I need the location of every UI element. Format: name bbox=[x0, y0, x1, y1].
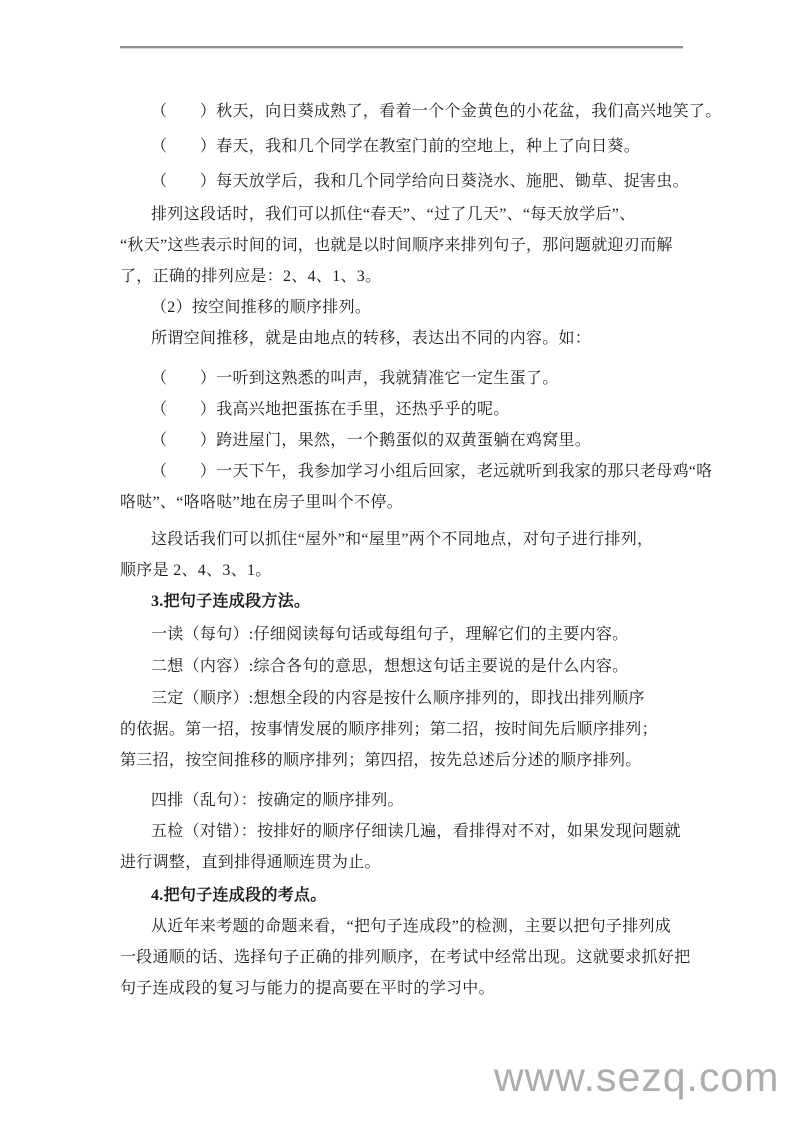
text-line: 3.把句子连成段方法。 bbox=[120, 586, 692, 617]
text-line: 五检（对错）：按排好的顺序仔细读几遍，看排得对不对，如果发现问题就 bbox=[120, 816, 692, 847]
document-page: （ ）秋天，向日葵成熟了，看着一个个金黄色的小花盆，我们高兴地笑了。（ ）春天，… bbox=[0, 0, 800, 1132]
text-line: 进行调整，直到排得通顺连贯为止。 bbox=[120, 847, 692, 878]
text-line: “秋天”这些表示时间的词，也就是以时间顺序来排列句子，那问题就迎刃而解 bbox=[120, 230, 692, 261]
text-line: （ ）每天放学后，我和几个同学给向日葵浇水、施肥、锄草、捉害虫。 bbox=[120, 164, 692, 199]
text-line: （2）按空间推移的顺序排列。 bbox=[120, 292, 692, 323]
text-line: 顺序是 2、4、3、1。 bbox=[120, 555, 692, 586]
text-line: 排列这段话时，我们可以抓住“春天”、“过了几天”、“每天放学后”、 bbox=[120, 199, 692, 230]
text-line: 所谓空间推移，就是由地点的转移，表达出不同的内容。如： bbox=[120, 323, 692, 354]
text-line: （ ）一听到这熟悉的叫声，我就猜准它一定生蛋了。 bbox=[120, 363, 692, 394]
text-line: 从近年来考题的命题来看，“把句子连成段”的检测，主要以把句子排列成 bbox=[120, 911, 692, 942]
text-line: 4.把句子连成段的考点。 bbox=[120, 880, 692, 911]
text-line: 三定（顺序）:想想全段的内容是按什么顺序排列的，即找出排列顺序 bbox=[120, 683, 692, 714]
text-line: （ ）秋天，向日葵成熟了，看着一个个金黄色的小花盆，我们高兴地笑了。 bbox=[120, 94, 692, 129]
text-line: 第三招，按空间推移的顺序排列；第四招，按先总述后分述的顺序排列。 bbox=[120, 745, 692, 776]
text-line: 四排（乱句）：按确定的顺序排列。 bbox=[120, 785, 692, 816]
text-line: （ ）春天，我和几个同学在教室门前的空地上，种上了向日葵。 bbox=[120, 129, 692, 164]
text-line: 一读（每句）:仔细阅读每句话或每组句子，理解它们的主要内容。 bbox=[120, 619, 692, 650]
header-divider-line bbox=[120, 46, 683, 49]
text-line: 咯哒”、“咯咯哒”地在房子里叫个不停。 bbox=[120, 487, 692, 518]
text-line: （ ）跨进屋门，果然，一个鹅蛋似的双黄蛋躺在鸡窝里。 bbox=[120, 425, 692, 456]
text-line: 二想（内容）:综合各句的意思，想想这句话主要说的是什么内容。 bbox=[120, 651, 692, 682]
text-line: 的依据。第一招，按事情发展的顺序排列；第二招，按时间先后顺序排列； bbox=[120, 714, 692, 745]
text-line: 这段话我们可以抓住“屋外”和“屋里”两个不同地点，对句子进行排列， bbox=[120, 524, 692, 555]
text-line: （ ）一天下午，我参加学习小组后回家，老远就听到我家的那只老母鸡“咯 bbox=[120, 456, 692, 487]
text-line: 一段通顺的话、选择句子正确的排列顺序，在考试中经常出现。这就要求抓好把 bbox=[120, 942, 692, 973]
text-line: （ ）我高兴地把蛋拣在手里，还热乎乎的呢。 bbox=[120, 394, 692, 425]
text-line: 了，正确的排列应是：2、4、1、3。 bbox=[120, 261, 692, 292]
document-body: （ ）秋天，向日葵成熟了，看着一个个金黄色的小花盆，我们高兴地笑了。（ ）春天，… bbox=[120, 94, 692, 1004]
watermark-text: www.sezq.com bbox=[494, 1054, 779, 1101]
text-line: 句子连成段的复习与能力的提高要在平时的学习中。 bbox=[120, 973, 692, 1004]
